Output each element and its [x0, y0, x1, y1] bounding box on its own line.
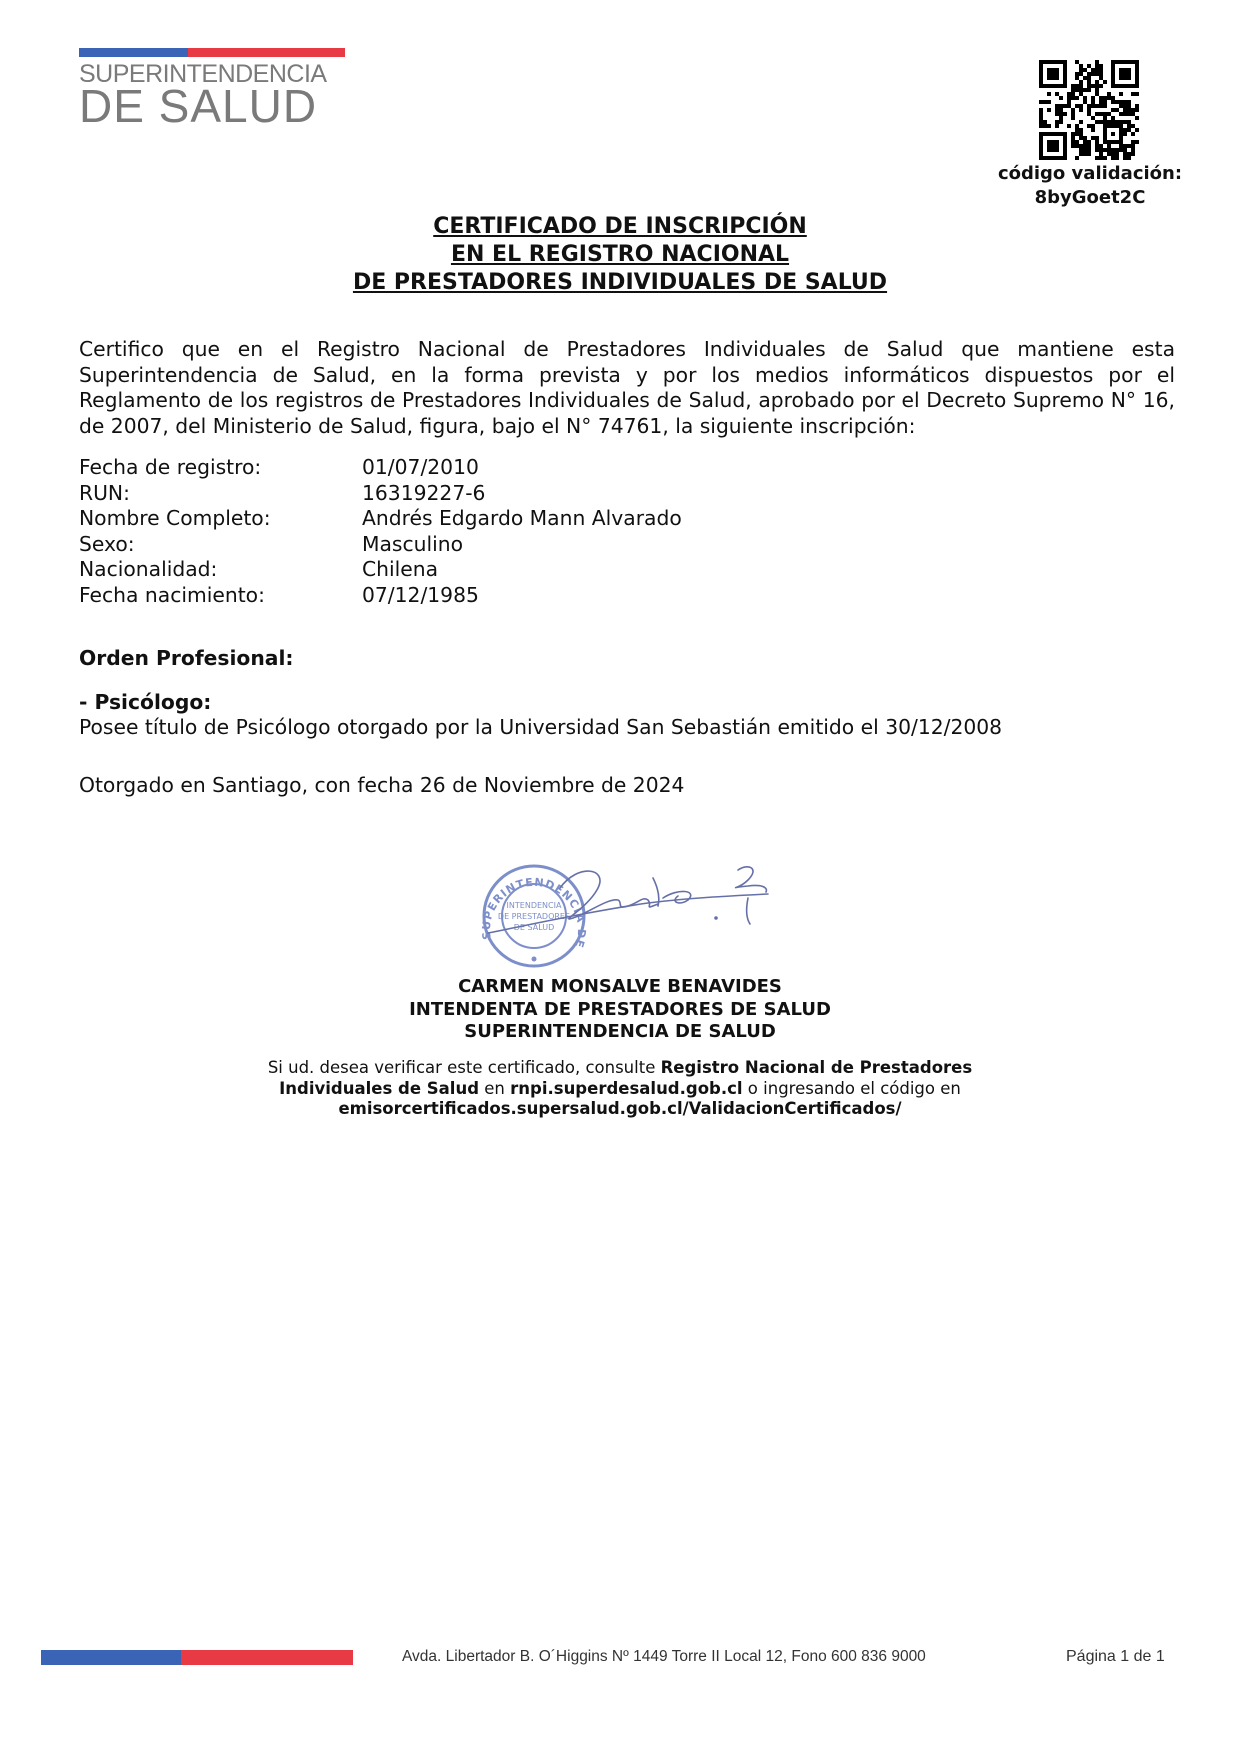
detail-label: Nacionalidad: — [79, 557, 362, 583]
orden-profesional-heading: Orden Profesional: — [79, 645, 294, 671]
detail-value: Masculino — [362, 532, 463, 558]
logo-bar-blue — [79, 48, 188, 57]
footer-flag-bar — [41, 1650, 353, 1665]
validation-code-block: código validación: 8byGoet2C — [960, 162, 1220, 210]
verify-text-3: o ingresando el código en — [743, 1079, 961, 1098]
detail-label: Fecha nacimiento: — [79, 583, 362, 609]
qr-code-icon — [1039, 60, 1139, 160]
detail-row: Nacionalidad:Chilena — [79, 557, 682, 583]
logo-text-line2: DE SALUD — [79, 87, 345, 125]
registration-details: Fecha de registro:01/07/2010RUN:16319227… — [79, 455, 682, 608]
footer-bar-blue — [41, 1650, 181, 1665]
detail-label: RUN: — [79, 481, 362, 507]
detail-label: Nombre Completo: — [79, 506, 362, 532]
validation-code-label: código validación: — [960, 162, 1220, 186]
verification-note: Si ud. desea verificar este certificado,… — [240, 1058, 1000, 1120]
detail-row: Fecha de registro:01/07/2010 — [79, 455, 682, 481]
logo-bar-red — [188, 48, 345, 57]
verify-text-1: Si ud. desea verificar este certificado,… — [268, 1058, 661, 1077]
verify-link-validation[interactable]: emisorcertificados.supersalud.gob.cl/Val… — [338, 1099, 901, 1118]
official-stamp-signature: SUPERINTENDENCIA DE SALUD INTENDENCIA DE… — [448, 848, 788, 968]
detail-label: Sexo: — [79, 532, 362, 558]
signer-institution: SUPERINTENDENCIA DE SALUD — [0, 1021, 1240, 1044]
issued-statement: Otorgado en Santiago, con fecha 26 de No… — [79, 772, 684, 798]
title-line-2: EN EL REGISTRO NACIONAL — [0, 241, 1240, 269]
title-line-3: DE PRESTADORES INDIVIDUALES DE SALUD — [0, 269, 1240, 297]
detail-value: 01/07/2010 — [362, 455, 479, 481]
profession-title: - Psicólogo: — [79, 689, 211, 715]
detail-row: Nombre Completo:Andrés Edgardo Mann Alva… — [79, 506, 682, 532]
signer-block: CARMEN MONSALVE BENAVIDES INTENDENTA DE … — [0, 976, 1240, 1044]
detail-value: Andrés Edgardo Mann Alvarado — [362, 506, 682, 532]
title-line-1: CERTIFICADO DE INSCRIPCIÓN — [0, 213, 1240, 241]
footer-bar-red — [181, 1650, 353, 1665]
detail-value: Chilena — [362, 557, 438, 583]
svg-text:DE PRESTADORES: DE PRESTADORES — [498, 912, 570, 921]
certification-paragraph: Certifico que en el Registro Nacional de… — [79, 337, 1175, 439]
svg-text:INTENDENCIA: INTENDENCIA — [507, 901, 562, 910]
footer-address: Avda. Libertador B. O´Higgins Nº 1449 To… — [402, 1648, 926, 1666]
signer-position: INTENDENTA DE PRESTADORES DE SALUD — [0, 999, 1240, 1022]
signer-name: CARMEN MONSALVE BENAVIDES — [0, 976, 1240, 999]
superintendencia-logo: SUPERINTENDENCIA DE SALUD — [79, 48, 345, 125]
detail-label: Fecha de registro: — [79, 455, 362, 481]
detail-value: 07/12/1985 — [362, 583, 479, 609]
detail-row: RUN:16319227-6 — [79, 481, 682, 507]
validation-code-value: 8byGoet2C — [960, 186, 1220, 210]
logo-flag-bar — [79, 48, 345, 57]
page-number: Página 1 de 1 — [1066, 1648, 1165, 1666]
detail-row: Sexo:Masculino — [79, 532, 682, 558]
verify-text-2: en — [479, 1079, 510, 1098]
detail-value: 16319227-6 — [362, 481, 485, 507]
detail-row: Fecha nacimiento:07/12/1985 — [79, 583, 682, 609]
verify-link-rnpi[interactable]: rnpi.superdesalud.gob.cl — [510, 1079, 742, 1098]
profession-description: Posee título de Psicólogo otorgado por l… — [79, 714, 1002, 740]
certificate-title: CERTIFICADO DE INSCRIPCIÓN EN EL REGISTR… — [0, 213, 1240, 297]
